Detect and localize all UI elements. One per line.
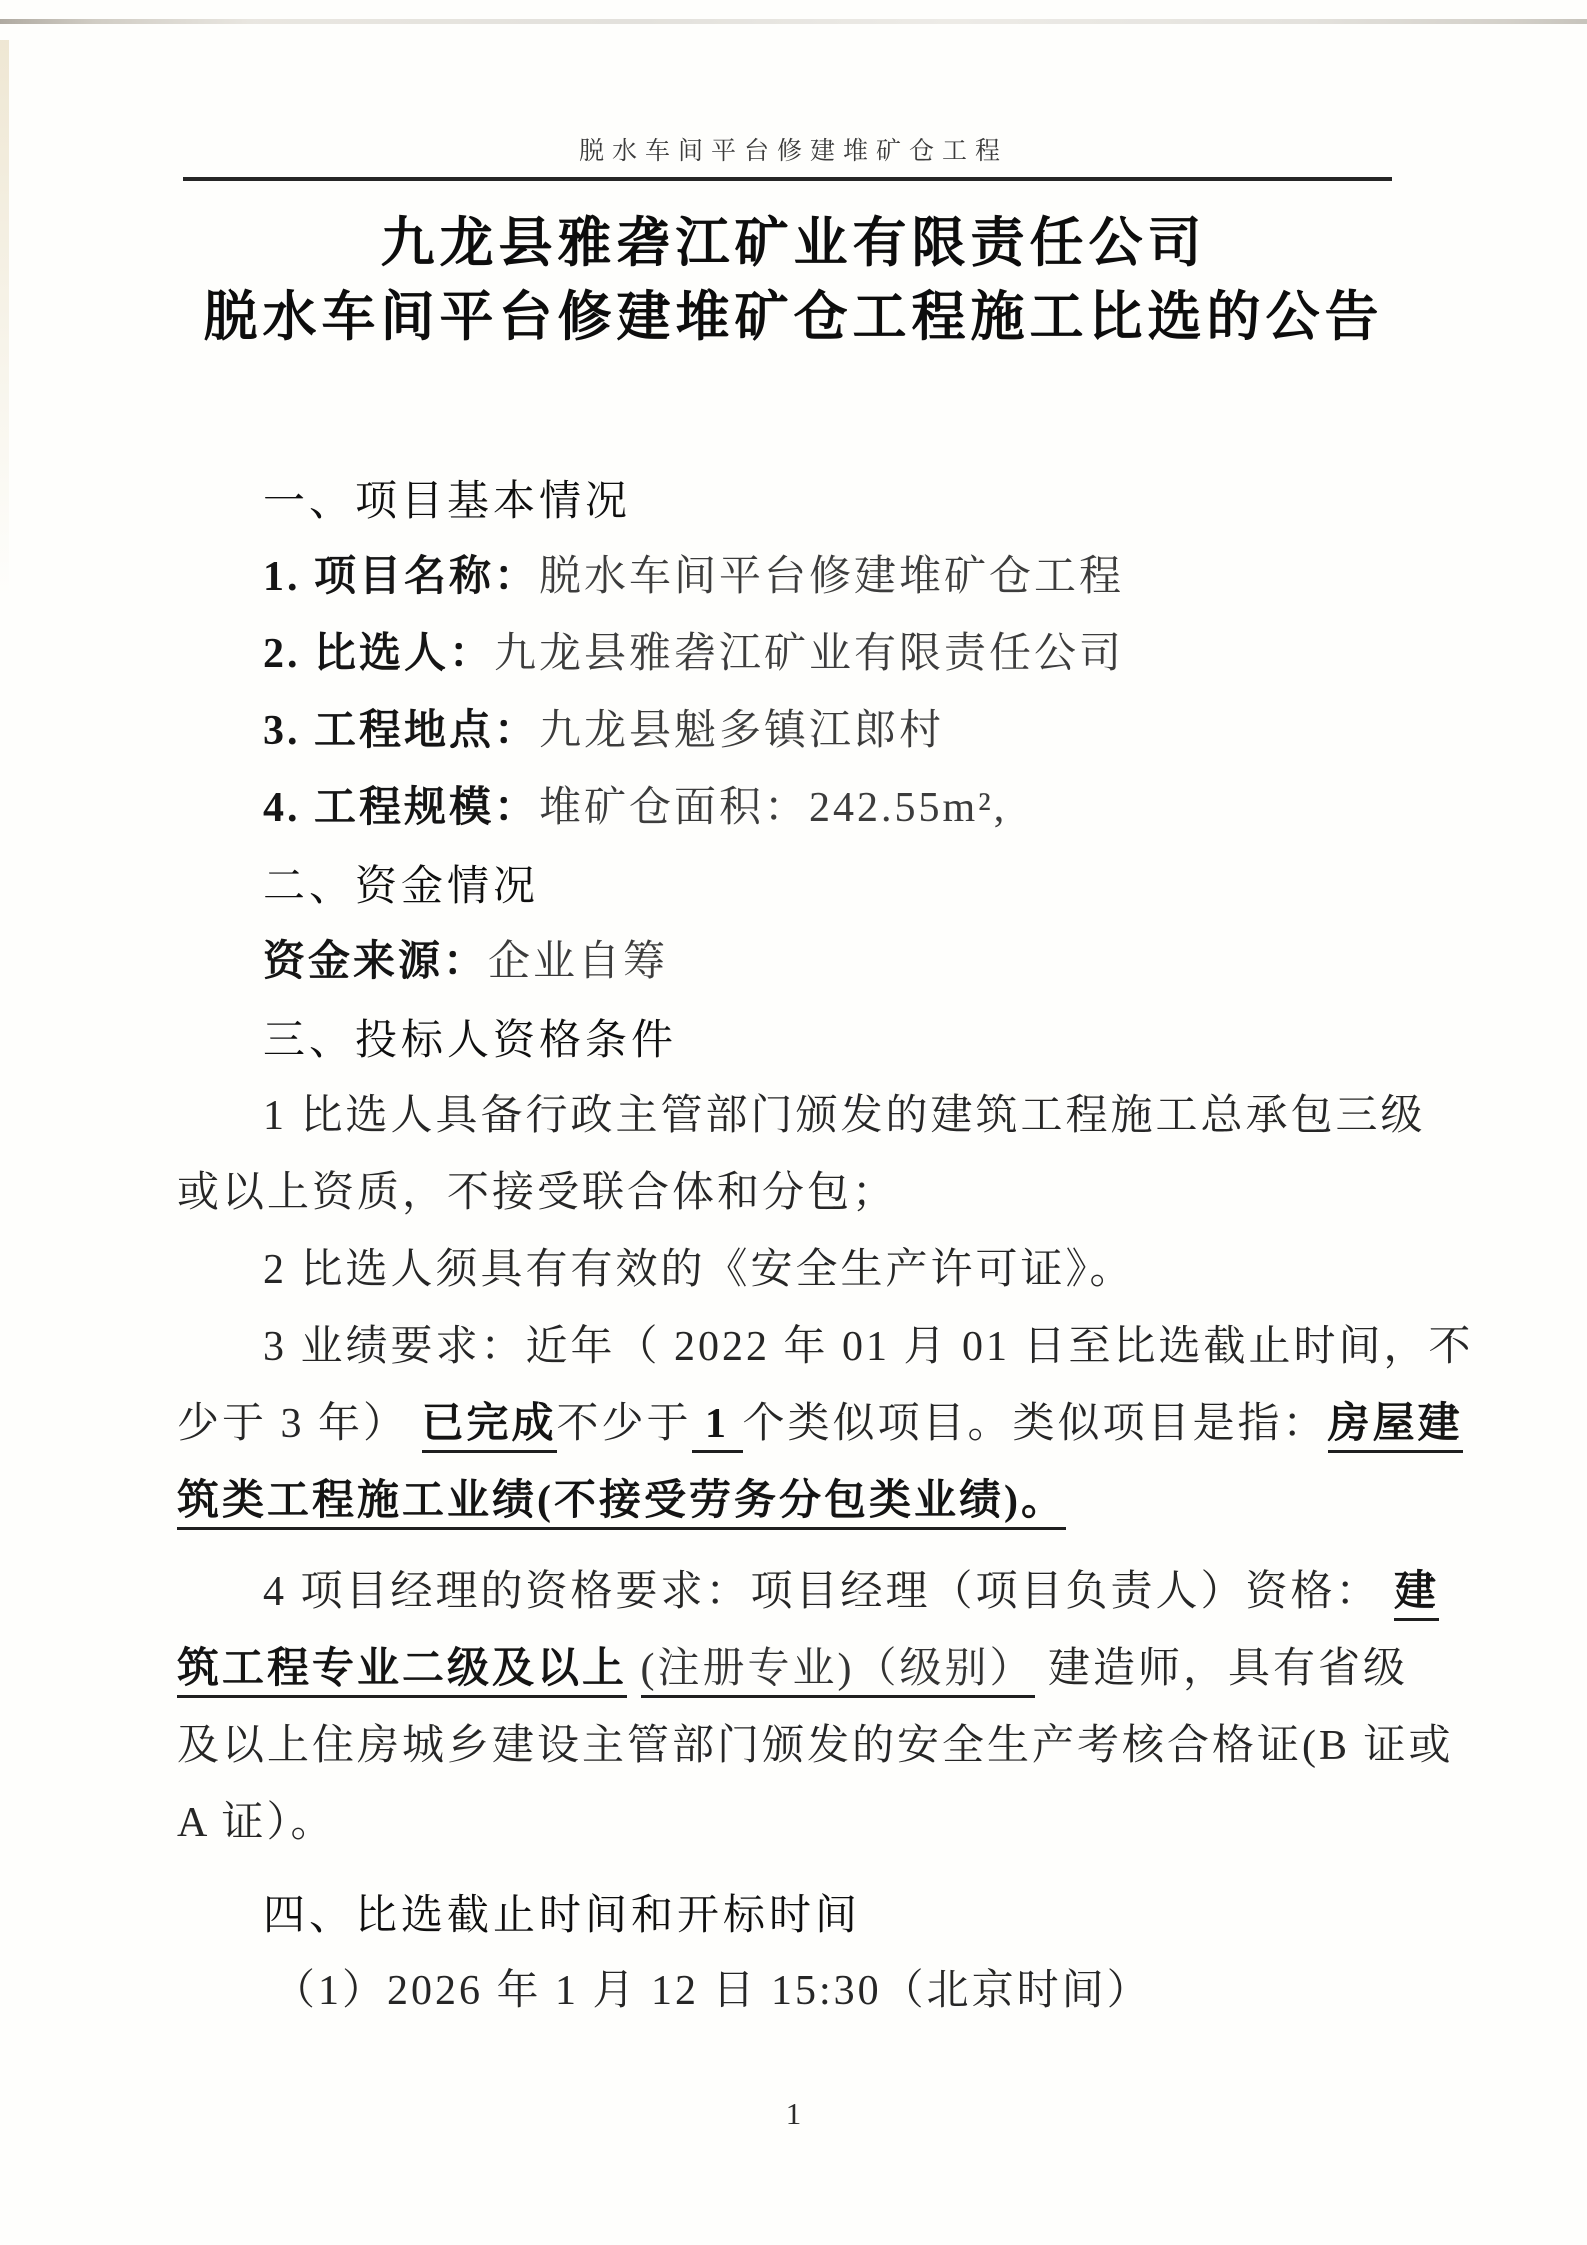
text-segment: 资金来源：: [263, 939, 488, 985]
text-segment: 筑工程专业二级及以上: [177, 1646, 627, 1698]
scan-artifact-top-edge: [0, 19, 1587, 24]
text-segment: 4 项目经理的资格要求：项目经理（项目负责人）资格：: [263, 1569, 1394, 1615]
text-segment: 四、比选截止时间和开标时间: [263, 1891, 861, 1938]
text-segment: (注册专业)（级别）: [641, 1646, 1035, 1698]
text-segment: 建: [1394, 1569, 1439, 1621]
text-segment: 三、投标人资格条件: [263, 1016, 677, 1063]
text-segment: 二、资金情况: [263, 862, 539, 909]
text-line: A 证）。: [177, 1785, 1457, 1862]
text-line: 2. 比选人：九龙县雅砻江矿业有限责任公司: [177, 616, 1457, 693]
section-heading: 三、投标人资格条件: [177, 1001, 1457, 1078]
text-line: 4. 工程规模：堆矿仓面积：242.55m²,: [177, 770, 1457, 847]
text-segment: 4. 工程规模：: [263, 785, 539, 831]
section-heading: 二、资金情况: [177, 847, 1457, 924]
text-segment: 已完成: [422, 1401, 557, 1453]
text-line: 少于 3 年） 已完成不少于 1 个类似项目。类似项目是指：房屋建: [177, 1386, 1457, 1463]
text-segment: 脱水车间平台修建堆矿仓工程: [539, 554, 1124, 600]
text-segment: 房屋建: [1328, 1401, 1463, 1453]
text-line: 4 项目经理的资格要求：项目经理（项目负责人）资格： 建: [177, 1554, 1457, 1631]
text-segment: 一、项目基本情况: [263, 477, 631, 524]
text-segment: 2 比选人须具有有效的《安全生产许可证》。: [263, 1247, 1135, 1293]
text-segment: 2. 比选人：: [263, 631, 494, 677]
text-segment: 九龙县魁多镇江郎村: [539, 708, 944, 754]
text-line: 资金来源：企业自筹: [177, 924, 1457, 1001]
section-heading: 一、项目基本情况: [177, 462, 1457, 539]
document-title-block: 九龙县雅砻江矿业有限责任公司 脱水车间平台修建堆矿仓工程施工比选的公告: [0, 206, 1587, 354]
text-line: 或以上资质，不接受联合体和分包；: [177, 1155, 1457, 1232]
text-segment: 1. 项目名称：: [263, 554, 539, 600]
text-segment: 企业自筹: [488, 939, 668, 985]
text-segment: 筑类工程施工业绩(不接受劳务分包类业绩)。: [177, 1478, 1066, 1530]
text-line: 3 业绩要求：近年（ 2022 年 01 月 01 日至比选截止时间，不: [177, 1309, 1457, 1386]
text-line: 1. 项目名称：脱水车间平台修建堆矿仓工程: [177, 539, 1457, 616]
text-segment: （1）2026 年 1 月 12 日 15:30（北京时间）: [273, 1968, 1152, 2014]
text-segment: 堆矿仓面积：242.55m²,: [539, 785, 1007, 831]
text-segment: 或以上资质，不接受联合体和分包；: [177, 1170, 897, 1216]
document-title-line2: 脱水车间平台修建堆矿仓工程施工比选的公告: [0, 280, 1587, 354]
section-heading: 四、比选截止时间和开标时间: [177, 1876, 1457, 1953]
text-line: 筑工程专业二级及以上 (注册专业)（级别） 建造师，具有省级: [177, 1631, 1457, 1708]
text-segment: 个类似项目。类似项目是指：: [743, 1401, 1328, 1447]
text-line: （1）2026 年 1 月 12 日 15:30（北京时间）: [177, 1953, 1457, 2030]
page-number: 1: [0, 2096, 1587, 2132]
text-line: 筑类工程施工业绩(不接受劳务分包类业绩)。: [177, 1463, 1457, 1540]
text-line: 及以上住房城乡建设主管部门颁发的安全生产考核合格证(B 证或: [177, 1708, 1457, 1785]
document-title-line1: 九龙县雅砻江矿业有限责任公司: [0, 206, 1587, 280]
running-header: 脱水车间平台修建堆矿仓工程: [0, 131, 1587, 167]
document-page: 脱水车间平台修建堆矿仓工程 九龙县雅砻江矿业有限责任公司 脱水车间平台修建堆矿仓…: [0, 0, 1587, 2245]
text-segment: 少于 3 年）: [177, 1401, 422, 1447]
text-segment: 1 比选人具备行政主管部门颁发的建筑工程施工总承包三级: [263, 1093, 1426, 1139]
text-line: 1 比选人具备行政主管部门颁发的建筑工程施工总承包三级: [177, 1078, 1457, 1155]
document-body: 一、项目基本情况1. 项目名称：脱水车间平台修建堆矿仓工程2. 比选人：九龙县雅…: [177, 462, 1457, 2030]
text-segment: 1: [692, 1401, 743, 1453]
text-segment: 不少于: [557, 1401, 692, 1447]
text-segment: A 证）。: [177, 1800, 336, 1846]
text-line: 2 比选人须具有有效的《安全生产许可证》。: [177, 1232, 1457, 1309]
text-segment: 及以上住房城乡建设主管部门颁发的安全生产考核合格证(B 证或: [177, 1723, 1454, 1769]
text-segment: 3 业绩要求：近年（ 2022 年 01 月 01 日至比选截止时间，不: [263, 1324, 1474, 1370]
text-segment: 建造师，具有省级: [1035, 1646, 1409, 1692]
text-segment: [627, 1646, 641, 1692]
text-segment: 九龙县雅砻江矿业有限责任公司: [494, 631, 1124, 677]
text-segment: 3. 工程地点：: [263, 708, 539, 754]
text-line: 3. 工程地点：九龙县魁多镇江郎村: [177, 693, 1457, 770]
header-rule: [183, 177, 1392, 181]
